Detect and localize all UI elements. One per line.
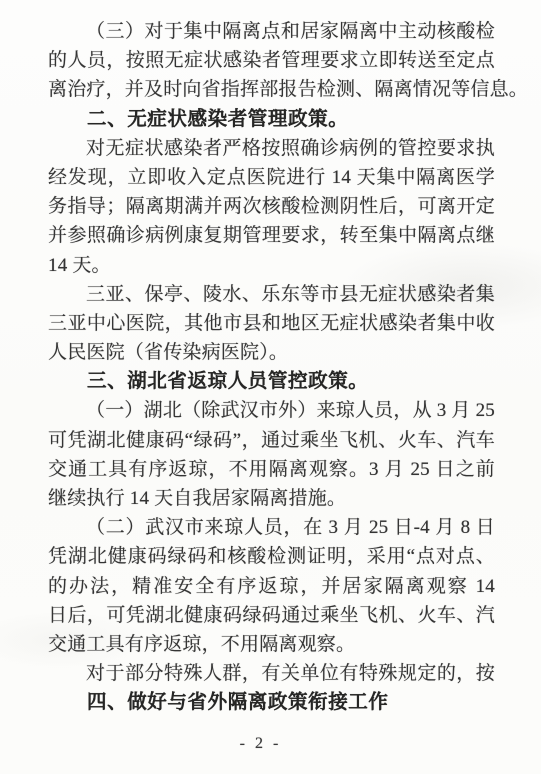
text-line: 对于部分特殊人群，有关单位有特殊规定的，按规定执行。 xyxy=(48,659,495,688)
section-heading: 四、做好与省外隔离政策衔接工作 xyxy=(48,688,495,717)
text-line: 人民医院（省传染病医院）。 xyxy=(48,338,495,367)
text-line: 务指导；隔离期满并两次核酸检测阴性后，可离开定点医院， xyxy=(48,192,495,221)
text-line: 对无症状感染者严格按照确诊病例的管控要求执行。一 xyxy=(48,134,495,163)
text-line: 的办法，精准安全有序返琼，并居家隔离观察 14 天。4 月 8 xyxy=(48,572,495,601)
text-line: （一）湖北（除武汉市外）来琼人员，从 3 月 25 日起， xyxy=(48,396,495,425)
text-line: 经发现，立即收入定点医院进行 14 天集中隔离医学观察及服 xyxy=(48,163,495,192)
text-line: 交通工具有序返琼，不用隔离观察。 xyxy=(48,630,495,659)
text-line: 凭湖北健康码绿码和核酸检测证明，采用“点对点、一站式” xyxy=(48,542,495,571)
section-heading: 三、湖北省返琼人员管控政策。 xyxy=(48,367,495,396)
text-line: （二）武汉市来琼人员，在 3 月 25 日-4 月 8 日期间，可 xyxy=(48,513,495,542)
text-line: 的人员，按照无症状感染者管理要求立即转送至定点医院隔 xyxy=(48,46,495,75)
text-line: 继续执行 14 天自我居家隔离措施。 xyxy=(48,484,495,513)
section-heading: 二、无症状感染者管理政策。 xyxy=(48,105,495,134)
text-line: 日后，可凭湖北健康码绿码通过乘坐飞机、火车、汽车等公共 xyxy=(48,601,495,630)
text-line: （三）对于集中隔离点和居家隔离中主动核酸检测阳性 xyxy=(48,17,495,46)
text-line: 三亚、保亭、陵水、乐东等市县无症状感染者集中收治在 xyxy=(48,280,495,309)
text-line: 交通工具有序返琼，不用隔离观察。3 月 25 日之前返琼的， xyxy=(48,455,495,484)
text-line: 并参照确诊病例康复期管理要求，转至集中隔离点继续观察 xyxy=(48,221,495,250)
text-line: 离治疗，并及时向省指挥部报告检测、隔离情况等信息。 xyxy=(48,75,495,104)
text-line: 三亚中心医院，其他市县和地区无症状感染者集中收治在省 xyxy=(48,309,495,338)
page-number: - 2 - xyxy=(0,735,521,753)
text-line: 14 天。 xyxy=(48,251,495,280)
document-page: （三）对于集中隔离点和居家隔离中主动核酸检测阳性的人员，按照无症状感染者管理要求… xyxy=(0,0,541,774)
document-body: （三）对于集中隔离点和居家隔离中主动核酸检测阳性的人员，按照无症状感染者管理要求… xyxy=(48,17,495,718)
text-line: 可凭湖北健康码“绿码”，通过乘坐飞机、火车、汽车等公共 xyxy=(48,426,495,455)
